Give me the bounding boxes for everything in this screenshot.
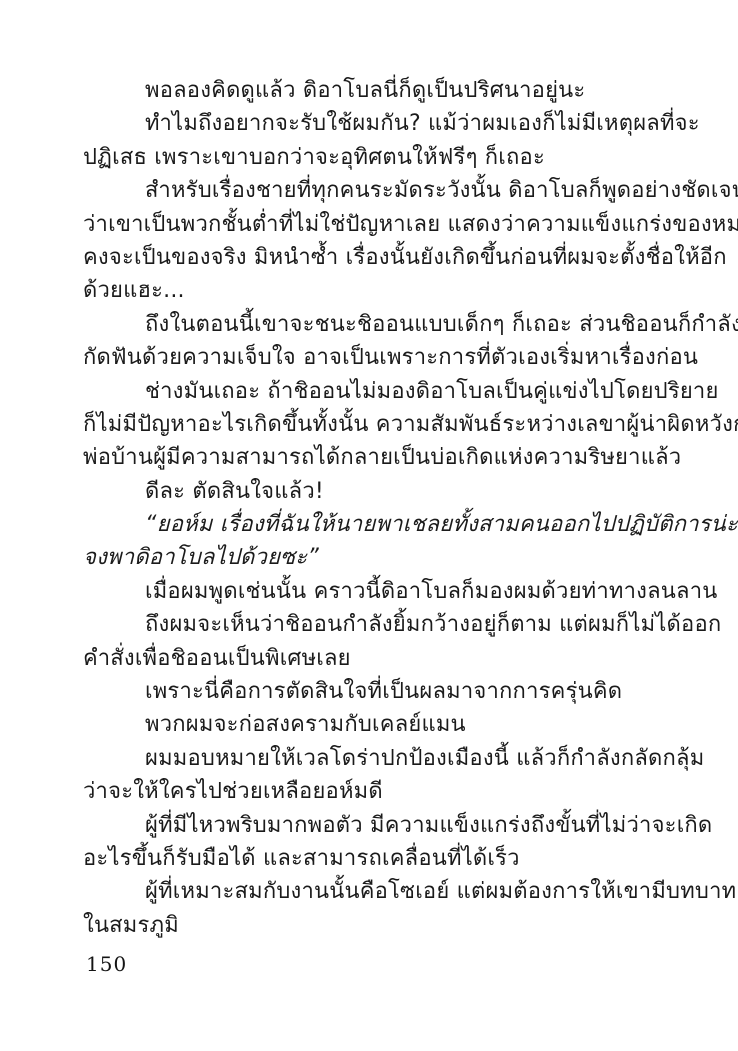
text-line: ว่าเขาเป็นพวกชั้นต่ำที่ไม่ใช่ปัญหาเลย แส… bbox=[83, 208, 657, 241]
text-line: กัดฟันด้วยความเจ็บใจ อาจเป็นเพราะการที่ต… bbox=[83, 341, 657, 374]
text-line: ถึงผมจะเห็นว่าชิออนกำลังยิ้มกว้างอยู่ก็ต… bbox=[83, 608, 657, 641]
text-line: ทำไมถึงอยากจะรับใช้ผมกัน? แม้ว่าผมเองก็ไ… bbox=[83, 107, 657, 140]
text-line: ถึงในตอนนี้เขาจะชนะชิออนแบบเด็กๆ ก็เถอะ … bbox=[83, 308, 657, 341]
body-text: พอลองคิดดูแล้ว ดิอาโบลนี่ก็ดูเป็นปริศนาอ… bbox=[83, 74, 657, 942]
text-line: พวกผมจะก่อสงครามกับเคลย์แมน bbox=[83, 708, 657, 741]
text-line: พอลองคิดดูแล้ว ดิอาโบลนี่ก็ดูเป็นปริศนาอ… bbox=[83, 74, 657, 107]
text-line: พ่อบ้านผู้มีความสามารถได้กลายเป็นบ่อเกิด… bbox=[83, 441, 657, 474]
text-line: คำสั่งเพื่อชิออนเป็นพิเศษเลย bbox=[83, 642, 657, 675]
text-line: ด้วยแฮะ... bbox=[83, 274, 657, 307]
text-line: ดีละ ตัดสินใจแล้ว! bbox=[83, 475, 657, 508]
text-line: เพราะนี่คือการตัดสินใจที่เป็นผลมาจากการค… bbox=[83, 675, 657, 708]
text-line: ในสมรภูมิ bbox=[83, 909, 657, 942]
text-line: ช่างมันเถอะ ถ้าชิออนไม่มองดิอาโบลเป็นคู่… bbox=[83, 375, 657, 408]
text-line: เมื่อผมพูดเช่นนั้น คราวนี้ดิอาโบลก็มองผม… bbox=[83, 575, 657, 608]
text-line: ผู้ที่เหมาะสมกับงานนั้นคือโซเอย์ แต่ผมต้… bbox=[83, 875, 657, 908]
text-line: ผู้ที่มีไหวพริบมากพอตัว มีความแข็งแกร่งถ… bbox=[83, 809, 657, 842]
text-line: สำหรับเรื่องชายที่ทุกคนระมัดระวังนั้น ดิ… bbox=[83, 174, 657, 207]
text-line: ผมมอบหมายให้เวลโดร่าปกป้องเมืองนี้ แล้วก… bbox=[83, 742, 657, 775]
book-page: พอลองคิดดูแล้ว ดิอาโบลนี่ก็ดูเป็นปริศนาอ… bbox=[0, 0, 738, 1051]
text-line: คงจะเป็นของจริง มิหนำซ้ำ เรื่องนั้นยังเก… bbox=[83, 241, 657, 274]
text-line: จงพาดิอาโบลไปด้วยซะ” bbox=[83, 541, 657, 574]
text-line: ก็ไม่มีปัญหาอะไรเกิดขึ้นทั้งนั้น ความสัม… bbox=[83, 408, 657, 441]
page-number: 150 bbox=[86, 952, 127, 976]
text-line: “ยอห์ม เรื่องที่ฉันให้นายพาเชลยทั้งสามคน… bbox=[83, 508, 657, 541]
text-line: ปฏิเสธ เพราะเขาบอกว่าจะอุทิศตนให้ฟรีๆ ก็… bbox=[83, 141, 657, 174]
text-line: ว่าจะให้ใครไปช่วยเหลือยอห์มดี bbox=[83, 775, 657, 808]
text-line: อะไรขึ้นก็รับมือได้ และสามารถเคลื่อนที่ไ… bbox=[83, 842, 657, 875]
